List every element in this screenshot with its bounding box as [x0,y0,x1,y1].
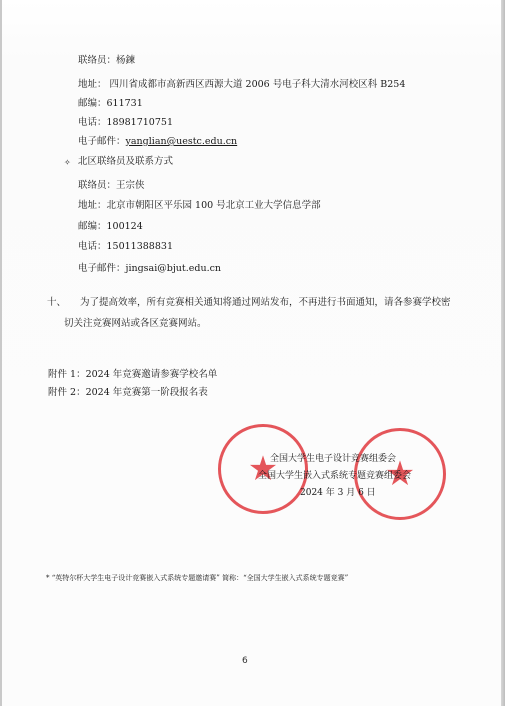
contact-person: 联络员：杨鍊 [78,55,135,67]
attachment-2: 附件 2：2024 年竞赛第一阶段报名表 [48,387,208,399]
attachment-1: 附件 1：2024 年竞赛邀请参赛学校名单 [48,369,217,381]
section-number: 十、 [47,297,66,309]
signature-org-1: 全国大学生电子设计竞赛组委会 [270,453,396,465]
diamond-bullet-icon: ✧ [64,158,71,167]
address: 地址： 四川省成都市高新西区西源大道 2006 号电子科大清水河校区科 B254 [78,79,405,91]
signature-date: 2024 年 3 月 6 日 [300,487,376,499]
footnote: * “英特尔杯大学生电子设计竞赛嵌入式系统专题邀请赛” 简称：“全国大学生嵌入式… [46,573,348,583]
email: 电子邮件：jingsai@bjut.edu.cn [78,263,221,275]
paragraph-line: 为了提高效率，所有竞赛相关通知将通过网站发布，不再进行书面通知，请各参赛学校密 [80,297,451,309]
paragraph-line: 切关注竞赛网站或各区竞赛网站。 [64,318,207,330]
postcode: 邮编：611731 [78,98,143,110]
email-row: 电子邮件：yanglian@uestc.edu.cn [78,136,237,148]
left-official-seal: ★ [218,424,308,514]
phone: 电话：18981710751 [78,117,173,129]
page-edge-right [501,0,505,706]
phone: 电话：15011388831 [78,241,173,253]
section-heading: 北区联络员及联系方式 [78,156,173,168]
document-page: 联络员：杨鍊 地址： 四川省成都市高新西区西源大道 2006 号电子科大清水河校… [2,0,501,706]
email-link[interactable]: yanglian@uestc.edu.cn [126,136,238,147]
contact-person: 联络员：王宗侠 [78,180,145,192]
page-number: 6 [242,656,248,666]
signature-org-2: 全国大学生嵌入式系统专题竞赛组委会 [258,470,411,482]
address: 地址：北京市朝阳区平乐园 100 号北京工业大学信息学部 [78,200,321,212]
postcode: 邮编：100124 [78,221,143,233]
email-label: 电子邮件： [78,136,126,147]
